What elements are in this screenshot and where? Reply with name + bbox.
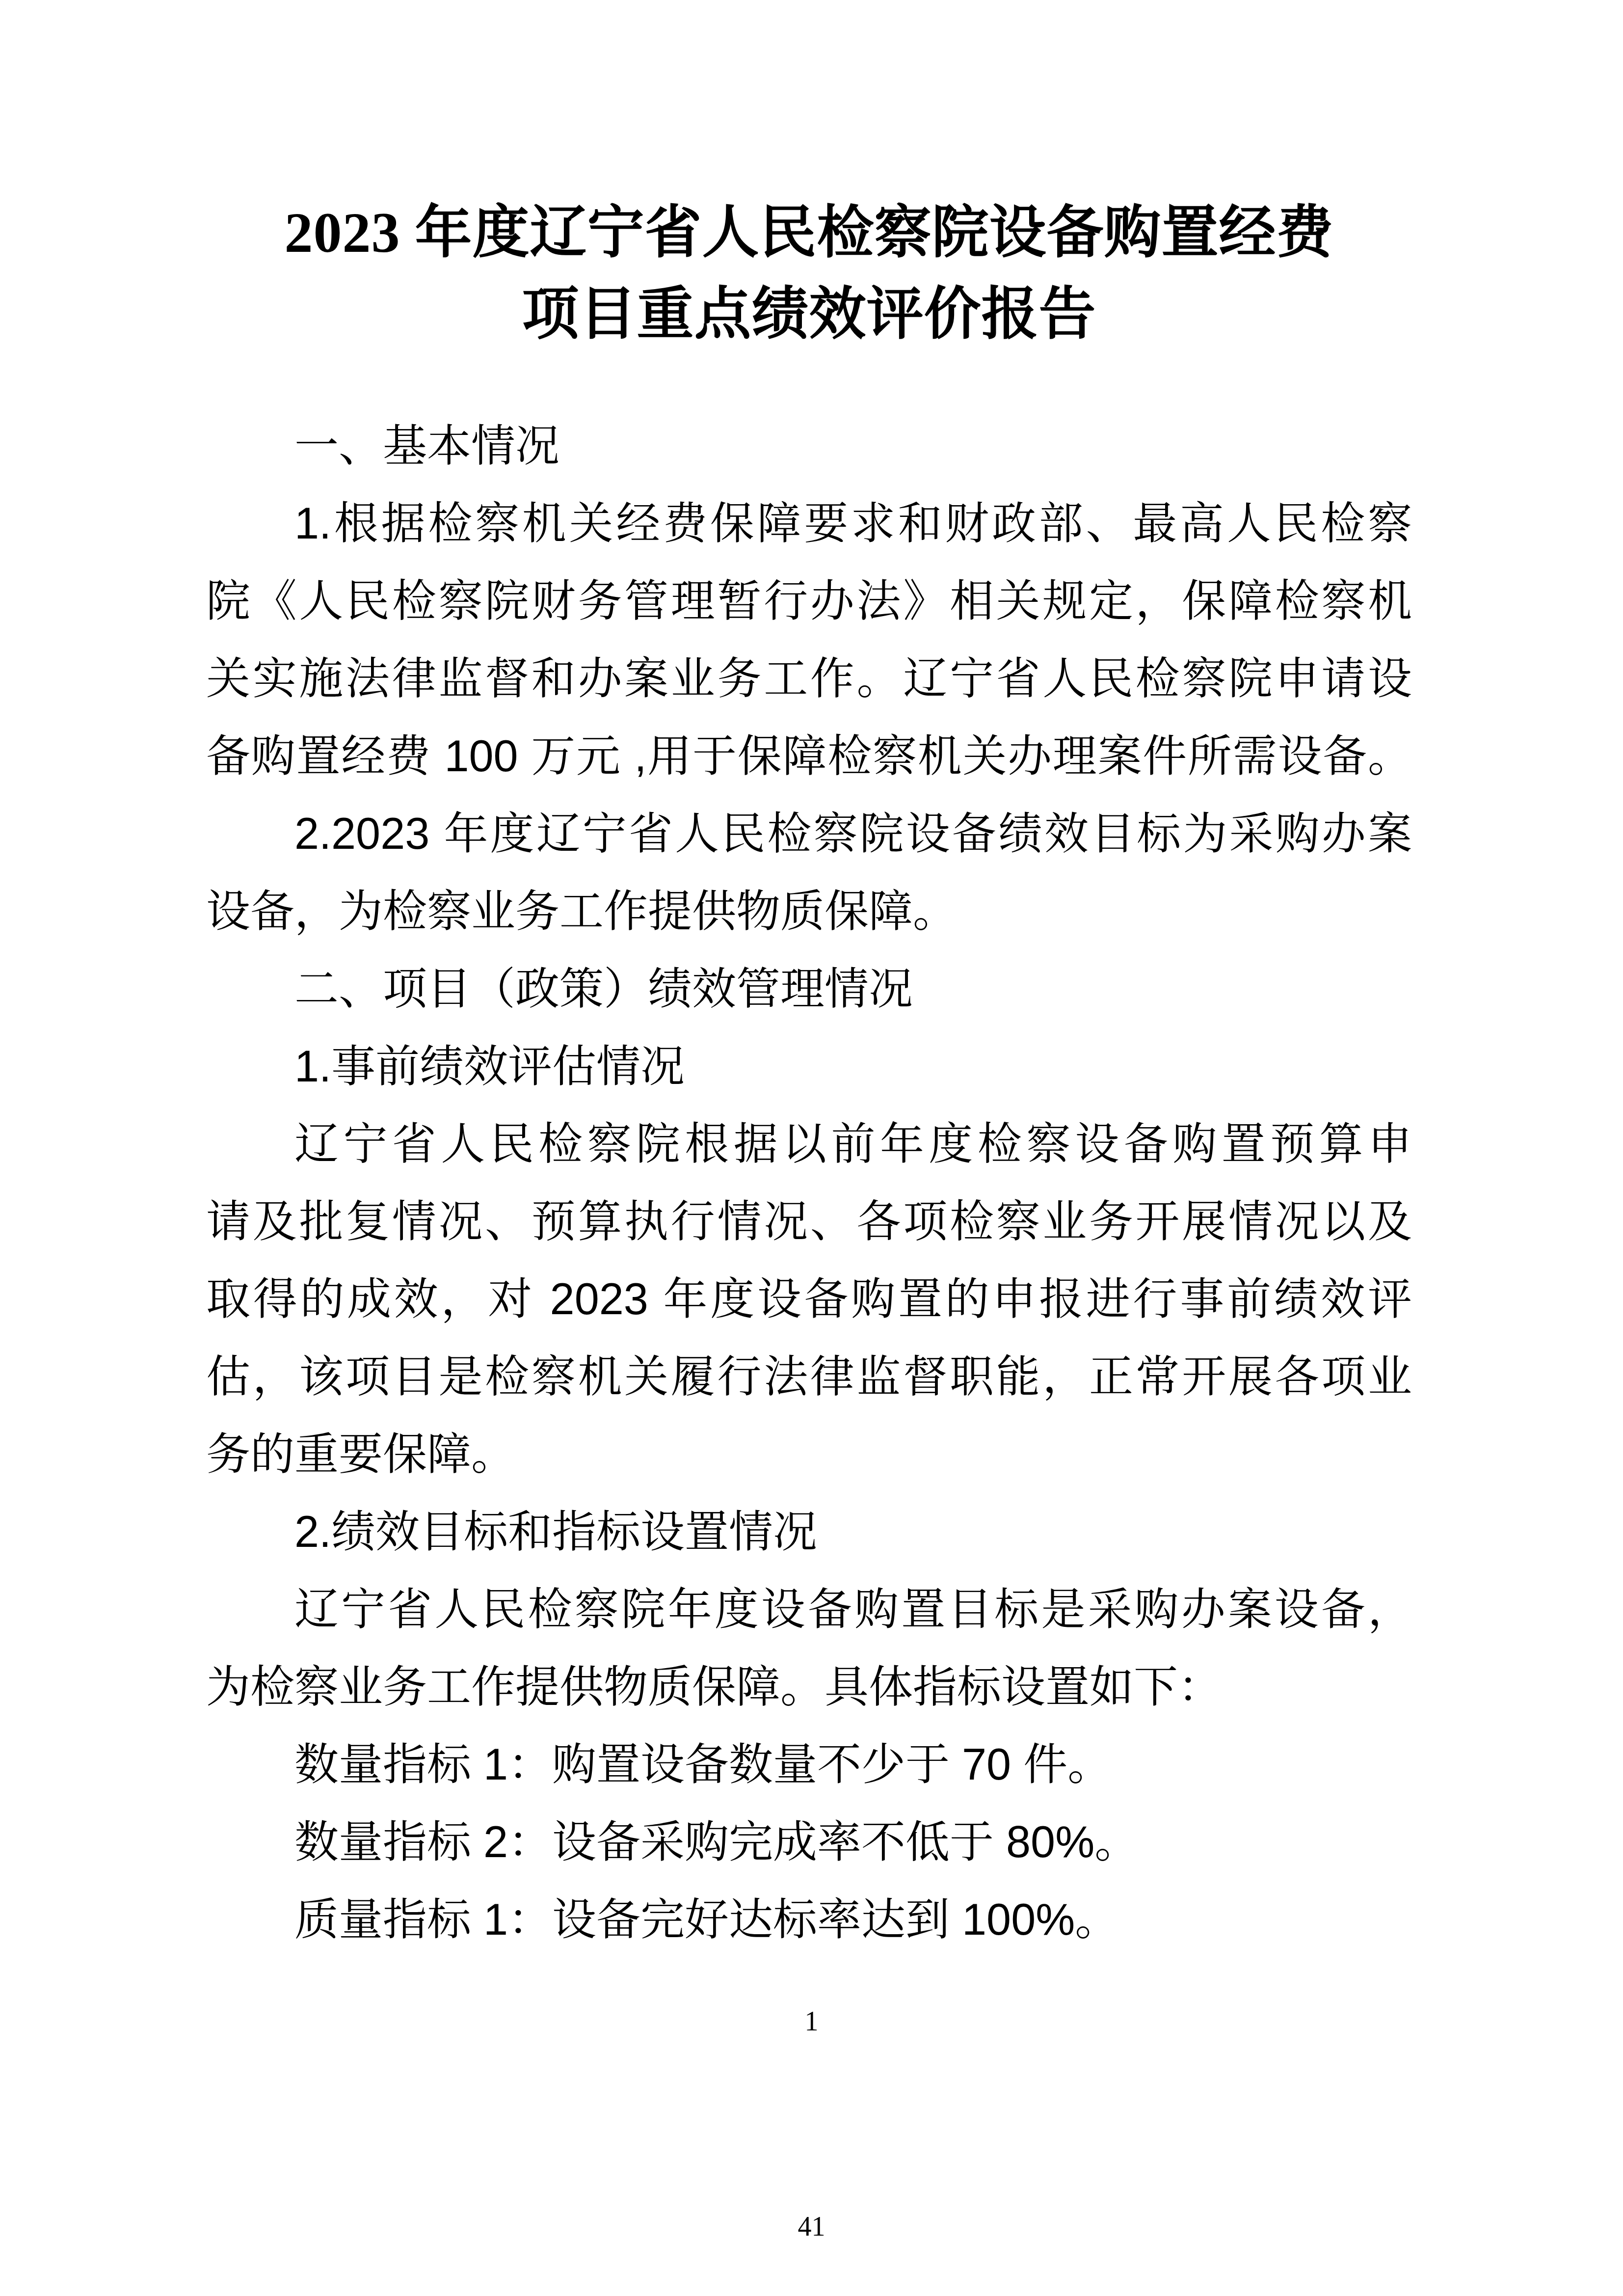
document-title: 2023 年度辽宁省人民检察院设备购置经费 项目重点绩效评价报告	[206, 192, 1412, 355]
paragraph-line: 估，该项目是检察机关履行法律监督职能，正常开展各项业	[206, 1338, 1412, 1416]
paragraph-line: 辽宁省人民检察院根据以前年度检察设备购置预算申	[206, 1106, 1412, 1183]
indicator-line-quantity-1: 数量指标 1：购置设备数量不少于 70 件。	[206, 1726, 1412, 1804]
document-title-line-2: 项目重点绩效评价报告	[206, 274, 1412, 355]
section-heading-2: 二、项目（政策）绩效管理情况	[206, 950, 1412, 1028]
indicator-line-quality-1: 质量指标 1：设备完好达标率达到 100%。	[206, 1881, 1412, 1959]
indicator-line-quantity-2: 数量指标 2：设备采购完成率不低于 80%。	[206, 1804, 1412, 1881]
paragraph-line: 辽宁省人民检察院年度设备购置目标是采购办案设备，	[206, 1571, 1412, 1648]
subsection-heading-1: 1.事前绩效评估情况	[206, 1028, 1412, 1106]
document-title-line-1: 2023 年度辽宁省人民检察院设备购置经费	[206, 192, 1412, 274]
paragraph-line: 关实施法律监督和办案业务工作。辽宁省人民检察院申请设	[206, 640, 1412, 718]
page-number: 1	[0, 2002, 1623, 2041]
paragraph-line: 备购置经费 100 万元 ,用于保障检察机关办理案件所需设备。	[206, 718, 1412, 795]
paragraph-line: 2.2023 年度辽宁省人民检察院设备绩效目标为采购办案	[206, 795, 1412, 873]
document-page: 2023 年度辽宁省人民检察院设备购置经费 项目重点绩效评价报告 一、基本情况1…	[0, 0, 1623, 2296]
pdf-page-number: 41	[0, 2207, 1623, 2246]
paragraph-line: 院《人民检察院财务管理暂行办法》相关规定，保障检察机	[206, 563, 1412, 640]
paragraph-line: 请及批复情况、预算执行情况、各项检察业务开展情况以及	[206, 1183, 1412, 1261]
section-heading-1: 一、基本情况	[206, 407, 1412, 485]
subsection-heading-2: 2.绩效目标和指标设置情况	[206, 1493, 1412, 1571]
paragraph-line: 务的重要保障。	[206, 1416, 1412, 1493]
paragraph-line: 设备，为检察业务工作提供物质保障。	[206, 873, 1412, 950]
paragraph-line: 1.根据检察机关经费保障要求和财政部、最高人民检察	[206, 485, 1412, 563]
paragraph-line: 取得的成效，对 2023 年度设备购置的申报进行事前绩效评	[206, 1261, 1412, 1338]
paragraph-line: 为检察业务工作提供物质保障。具体指标设置如下：	[206, 1648, 1412, 1726]
document-body: 一、基本情况1.根据检察机关经费保障要求和财政部、最高人民检察院《人民检察院财务…	[206, 407, 1412, 1959]
